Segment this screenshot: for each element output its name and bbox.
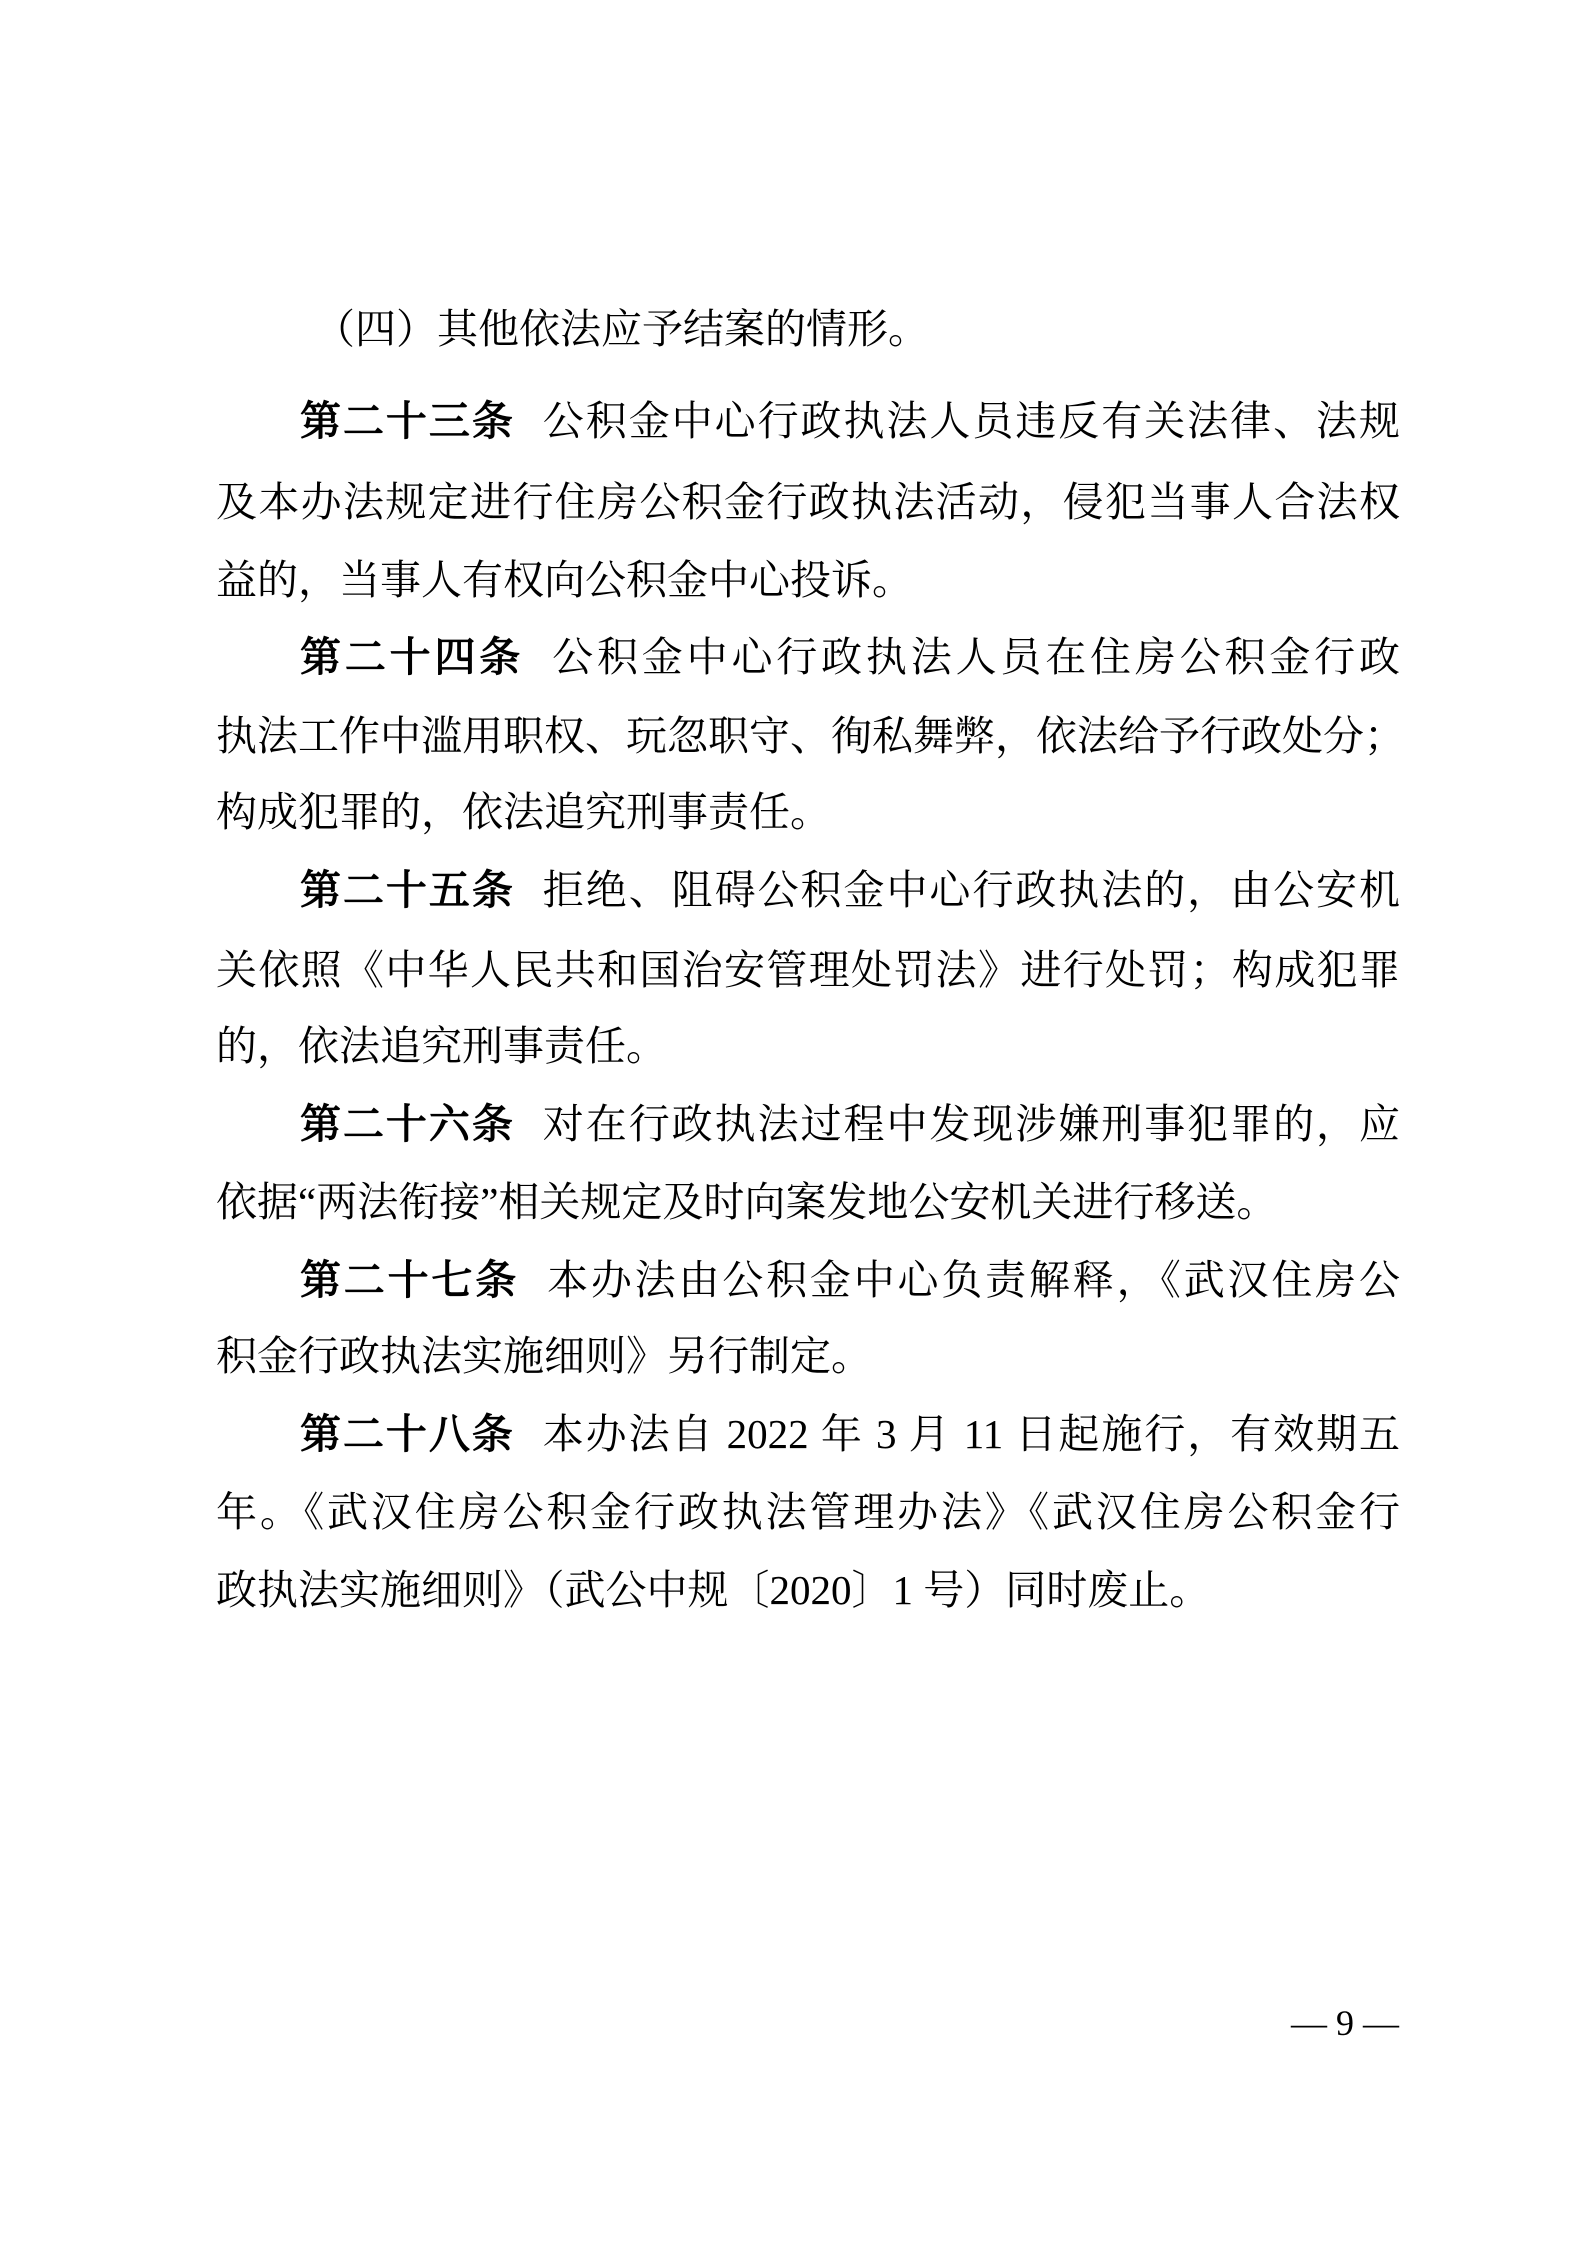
article-23-label: 第二十三条: [300, 397, 515, 445]
article-23-text-3: 益的，当事人有权向公积金中心投诉。: [216, 557, 913, 603]
article-25-text-3: 的，依法追究刑事责任。: [216, 1023, 667, 1069]
article-25-line-2: 关依照《中华人民共和国治安管理处罚法》进行处罚；构成犯罪: [216, 940, 1400, 1000]
article-24-line-2: 执法工作中滥用职权、玩忽职守、徇私舞弊，依法给予行政处分；: [216, 706, 1400, 766]
article-25-line-1: 第二十五条拒绝、阻碍公积金中心行政执法的，由公安机: [300, 860, 1400, 920]
article-28-line-3: 政执法实施细则》（武公中规〔2020〕1 号）同时废止。: [216, 1560, 1400, 1620]
article-27-text-1: 本办法由公积金中心负责解释，《武汉住房公: [547, 1257, 1400, 1303]
article-24-text-2: 执法工作中滥用职权、玩忽职守、徇私舞弊，依法给予行政处分；: [216, 713, 1405, 759]
article-28-line-2: 年。《武汉住房公积金行政执法管理办法》《武汉住房公积金行: [216, 1482, 1400, 1542]
article-27-label: 第二十七条: [300, 1256, 519, 1304]
article-23-text-1: 公积金中心行政执法人员违反有关法律、法规: [543, 398, 1400, 444]
article-26-line-2: 依据“两法衔接”相关规定及时向案发地公安机关进行移送。: [216, 1172, 1400, 1232]
article-28-line-1: 第二十八条本办法自 2022 年 3 月 11 日起施行，有效期五: [300, 1404, 1400, 1464]
article-27-line-1: 第二十七条本办法由公积金中心负责解释，《武汉住房公: [300, 1250, 1400, 1310]
article-26-label: 第二十六条: [300, 1100, 515, 1148]
clause-item-text: （四）其他依法应予结案的情形。: [314, 306, 929, 352]
article-25-text-1: 拒绝、阻碍公积金中心行政执法的，由公安机: [543, 867, 1400, 913]
article-26-line-1: 第二十六条对在行政执法过程中发现涉嫌刑事犯罪的，应: [300, 1094, 1400, 1154]
article-24-label: 第二十四条: [300, 633, 524, 681]
article-28-text-2: 年。《武汉住房公积金行政执法管理办法》《武汉住房公积金行: [216, 1489, 1400, 1535]
clause-item-four: （四）其他依法应予结案的情形。: [314, 299, 1400, 359]
page-number: — 9 —: [1290, 2000, 1400, 2046]
article-23-text-2: 及本办法规定进行住房公积金行政执法活动，侵犯当事人合法权: [216, 479, 1400, 525]
article-28-text-3: 政执法实施细则》（武公中规〔2020〕1 号）同时废止。: [216, 1567, 1210, 1613]
article-25-line-3: 的，依法追究刑事责任。: [216, 1016, 1400, 1076]
article-24-line-1: 第二十四条公积金中心行政执法人员在住房公积金行政: [300, 627, 1400, 687]
article-27-line-2: 积金行政执法实施细则》另行制定。: [216, 1326, 1400, 1386]
article-26-text-2: 依据“两法衔接”相关规定及时向案发地公安机关进行移送。: [216, 1179, 1277, 1225]
article-24-text-3: 构成犯罪的，依法追究刑事责任。: [216, 789, 831, 835]
article-23-line-1: 第二十三条公积金中心行政执法人员违反有关法律、法规: [300, 391, 1400, 451]
article-26-text-1: 对在行政执法过程中发现涉嫌刑事犯罪的，应: [543, 1101, 1400, 1147]
article-28-label: 第二十八条: [300, 1410, 515, 1458]
article-28-text-1: 本办法自 2022 年 3 月 11 日起施行，有效期五: [543, 1411, 1400, 1457]
article-23-line-3: 益的，当事人有权向公积金中心投诉。: [216, 550, 1400, 610]
article-24-text-1: 公积金中心行政执法人员在住房公积金行政: [552, 634, 1400, 680]
article-25-text-2: 关依照《中华人民共和国治安管理处罚法》进行处罚；构成犯罪: [216, 947, 1400, 993]
article-24-line-3: 构成犯罪的，依法追究刑事责任。: [216, 782, 1400, 842]
article-27-text-2: 积金行政执法实施细则》另行制定。: [216, 1333, 872, 1379]
article-23-line-2: 及本办法规定进行住房公积金行政执法活动，侵犯当事人合法权: [216, 472, 1400, 532]
document-page: （四）其他依法应予结案的情形。 第二十三条公积金中心行政执法人员违反有关法律、法…: [0, 0, 1587, 2245]
article-25-label: 第二十五条: [300, 866, 515, 914]
